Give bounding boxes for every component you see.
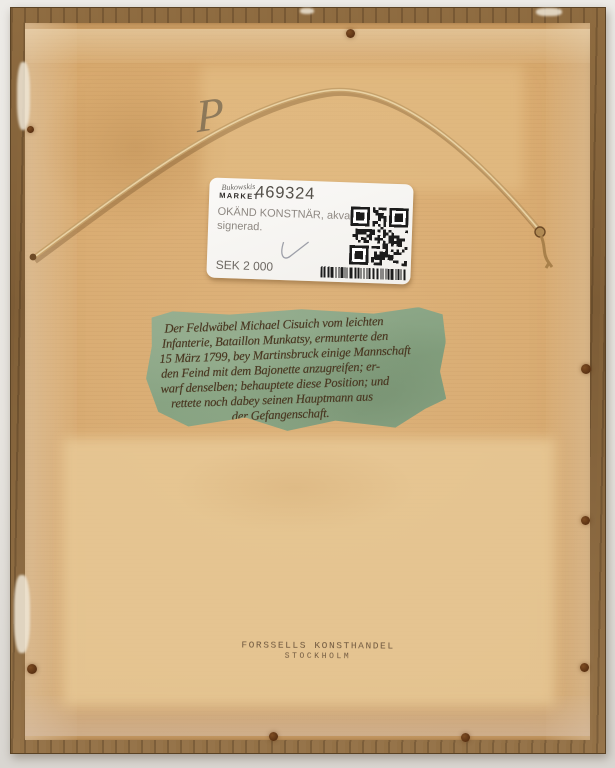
brand-market-logo: MARKET bbox=[219, 191, 260, 201]
label-description: OKÄND KONSTNÄR, akvarell, signerad. bbox=[217, 206, 368, 238]
paper-chip bbox=[17, 62, 30, 130]
barcode-icon bbox=[320, 266, 406, 280]
pencil-check-mark bbox=[277, 238, 312, 265]
nail-spot bbox=[581, 516, 590, 525]
inner-paper-patch bbox=[201, 65, 523, 191]
photo-backdrop: P Bukowskis MARKET 469324 OKÄND KONSTNÄR… bbox=[0, 0, 615, 768]
nail-spot bbox=[581, 364, 591, 374]
item-number: 469324 bbox=[255, 183, 315, 204]
paper-chip bbox=[300, 8, 314, 14]
stamp-line-2: STOCKHOLM bbox=[230, 651, 406, 661]
provenance-note-text: Der Feldwäbel Michael Cisuich vom leicht… bbox=[158, 312, 439, 427]
dealer-stamp: FORSSELLS KONSTHANDEL STOCKHOLM bbox=[230, 639, 406, 661]
stamp-line-1: FORSSELLS KONSTHANDEL bbox=[230, 639, 406, 651]
inner-paper-sheet bbox=[63, 438, 555, 706]
nail-spot bbox=[269, 732, 278, 741]
nail-spot bbox=[461, 733, 470, 742]
nail-spot bbox=[346, 29, 355, 38]
backing-tape-top bbox=[25, 29, 590, 63]
paper-chip bbox=[14, 575, 30, 653]
nail-spot bbox=[27, 126, 34, 133]
pencil-mark-p: P bbox=[195, 86, 226, 144]
qr-code-icon bbox=[349, 206, 409, 266]
auction-label: Bukowskis MARKET 469324 OKÄND KONSTNÄR, … bbox=[206, 177, 413, 284]
nail-spot bbox=[27, 664, 37, 674]
provenance-note: Der Feldwäbel Michael Cisuich vom leicht… bbox=[146, 307, 447, 433]
nail-spot bbox=[580, 663, 589, 672]
paper-chip bbox=[536, 8, 562, 16]
price-text: SEK 2 000 bbox=[216, 258, 274, 274]
